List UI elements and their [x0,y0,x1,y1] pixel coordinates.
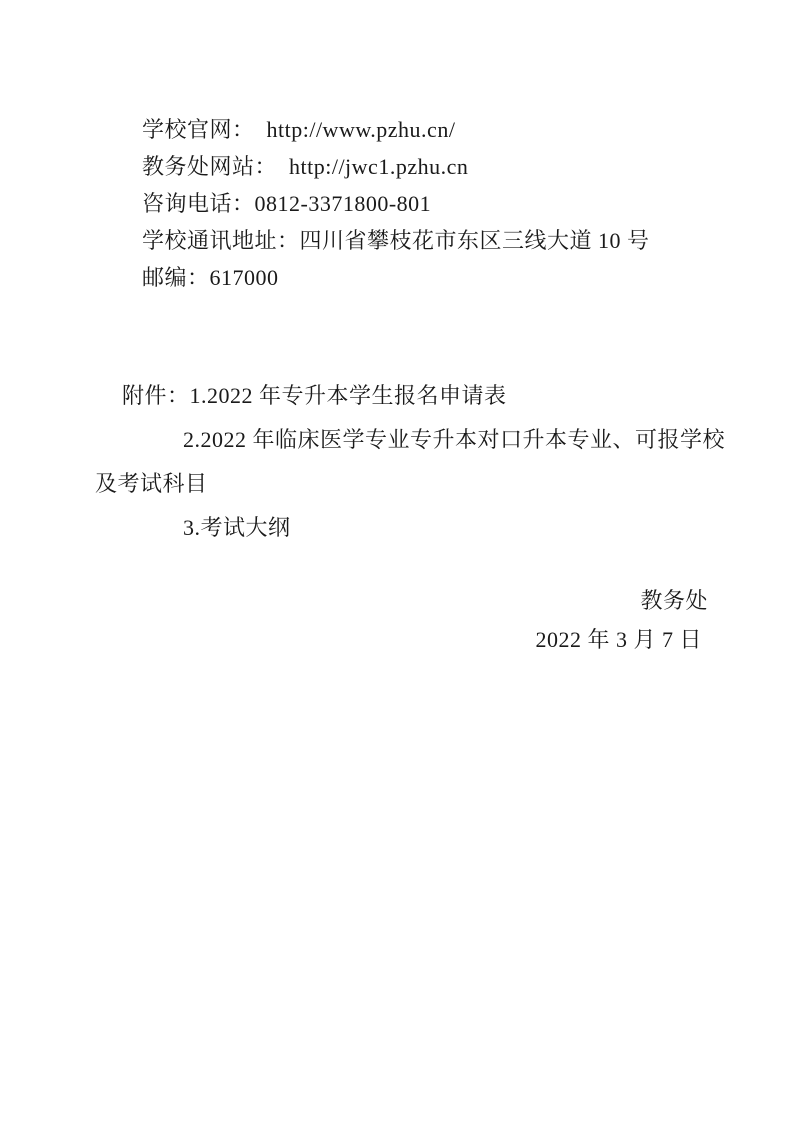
address-line: 学校通讯地址：四川省攀枝花市东区三线大道 10 号 [95,222,733,259]
attachment-line-1: 附件：1.2022 年专升本学生报名申请表 [95,374,733,418]
issuer-name: 教务处 [95,581,708,620]
issue-date: 2022 年 3 月 7 日 [95,620,708,659]
attachments-section: 附件：1.2022 年专升本学生报名申请表 2.2022 年临床医学专业专升本对… [95,374,733,550]
postcode-line: 邮编：617000 [95,259,733,296]
attachment-line-3: 3.考试大纲 [95,506,733,550]
attachment-line-2-wrap: 及考试科目 [95,462,733,506]
attachment-line-2: 2.2022 年临床医学专业专升本对口升本专业、可报学校 [95,418,733,462]
phone-line: 咨询电话：0812-3371800-801 [95,185,733,222]
office-website-line: 教务处网站： http://jwc1.pzhu.cn [95,148,733,185]
contact-info-section: 学校官网： http://www.pzhu.cn/ 教务处网站： http://… [95,111,733,296]
signature-section: 教务处 2022 年 3 月 7 日 [95,581,708,659]
school-website-line: 学校官网： http://www.pzhu.cn/ [95,111,733,148]
document-page: 学校官网： http://www.pzhu.cn/ 教务处网站： http://… [0,0,793,1122]
